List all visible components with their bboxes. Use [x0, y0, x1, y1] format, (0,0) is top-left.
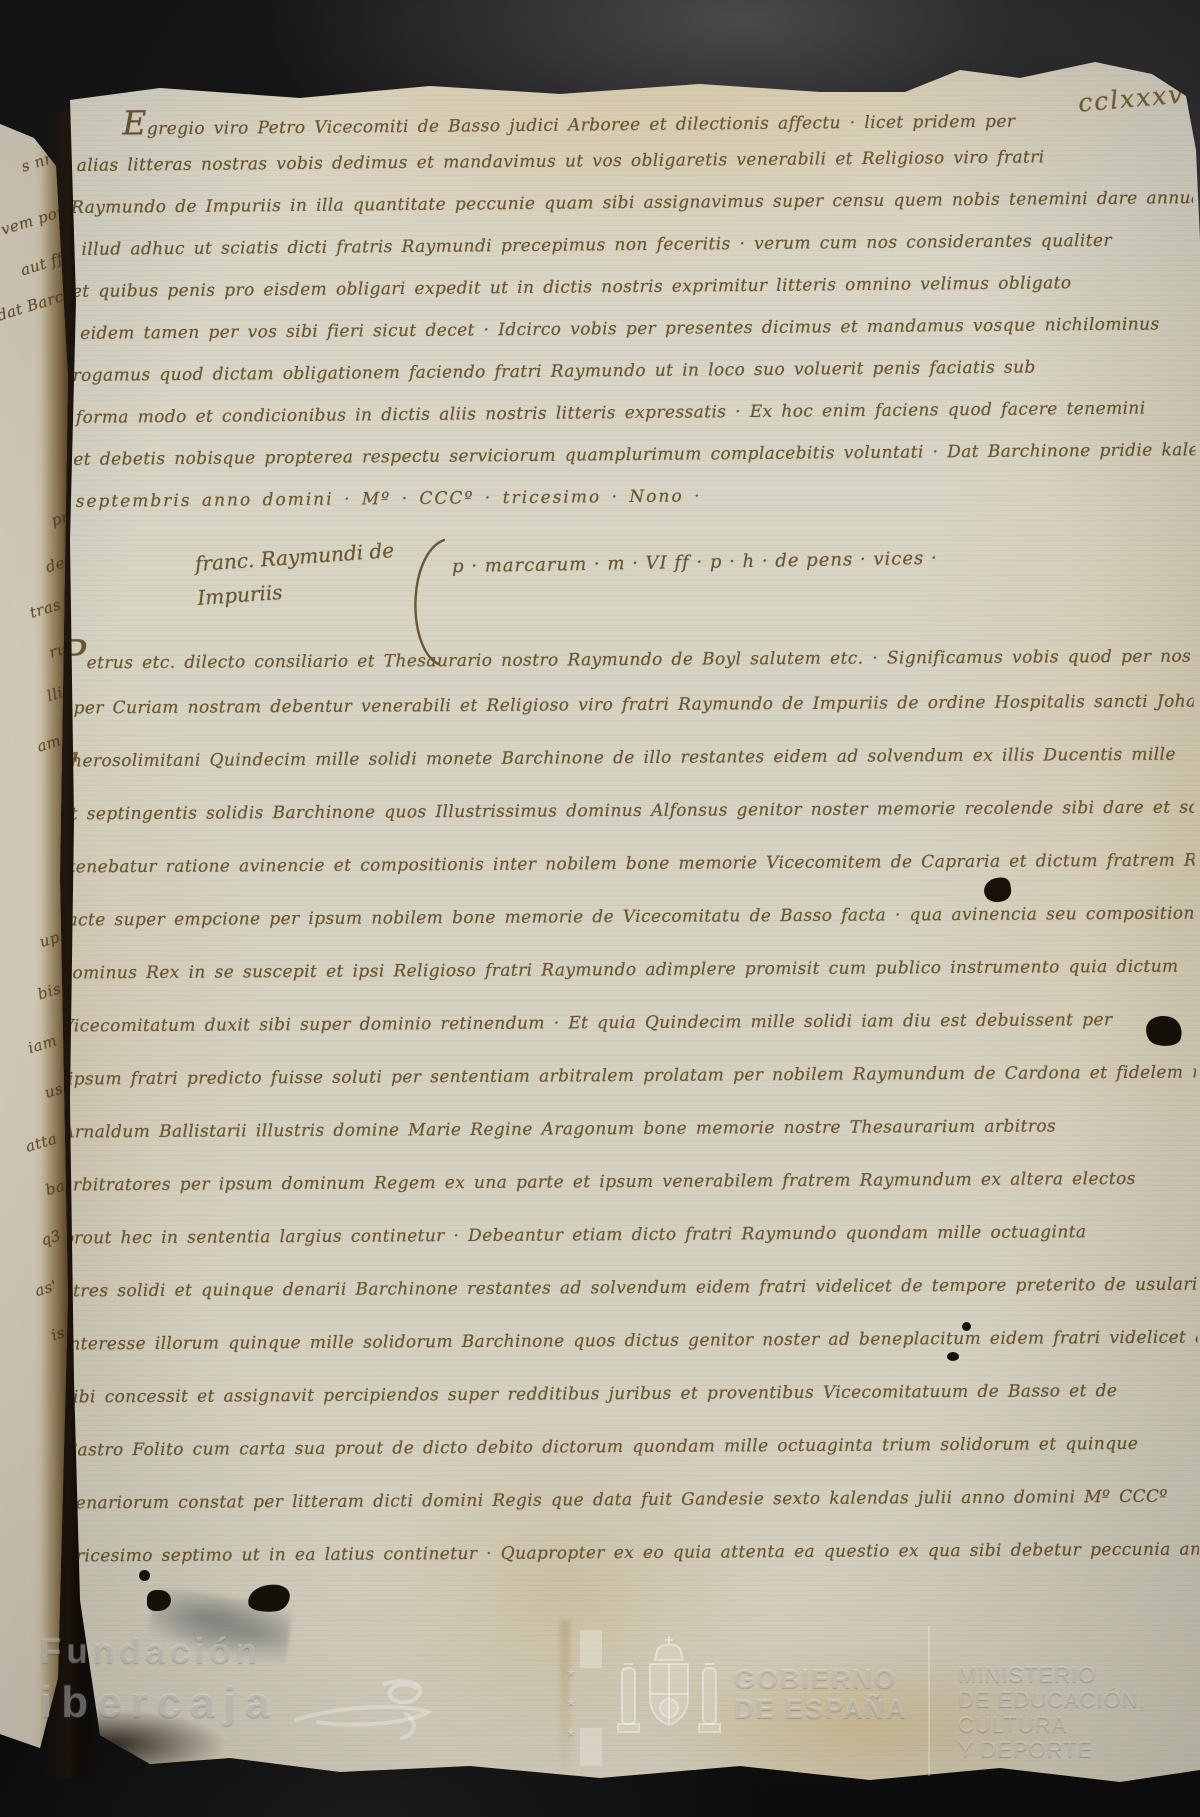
photo-vignette — [0, 0, 1200, 1817]
manuscript-photo: s nris vem por aut ff dat Barch pr de tr… — [0, 0, 1200, 1817]
